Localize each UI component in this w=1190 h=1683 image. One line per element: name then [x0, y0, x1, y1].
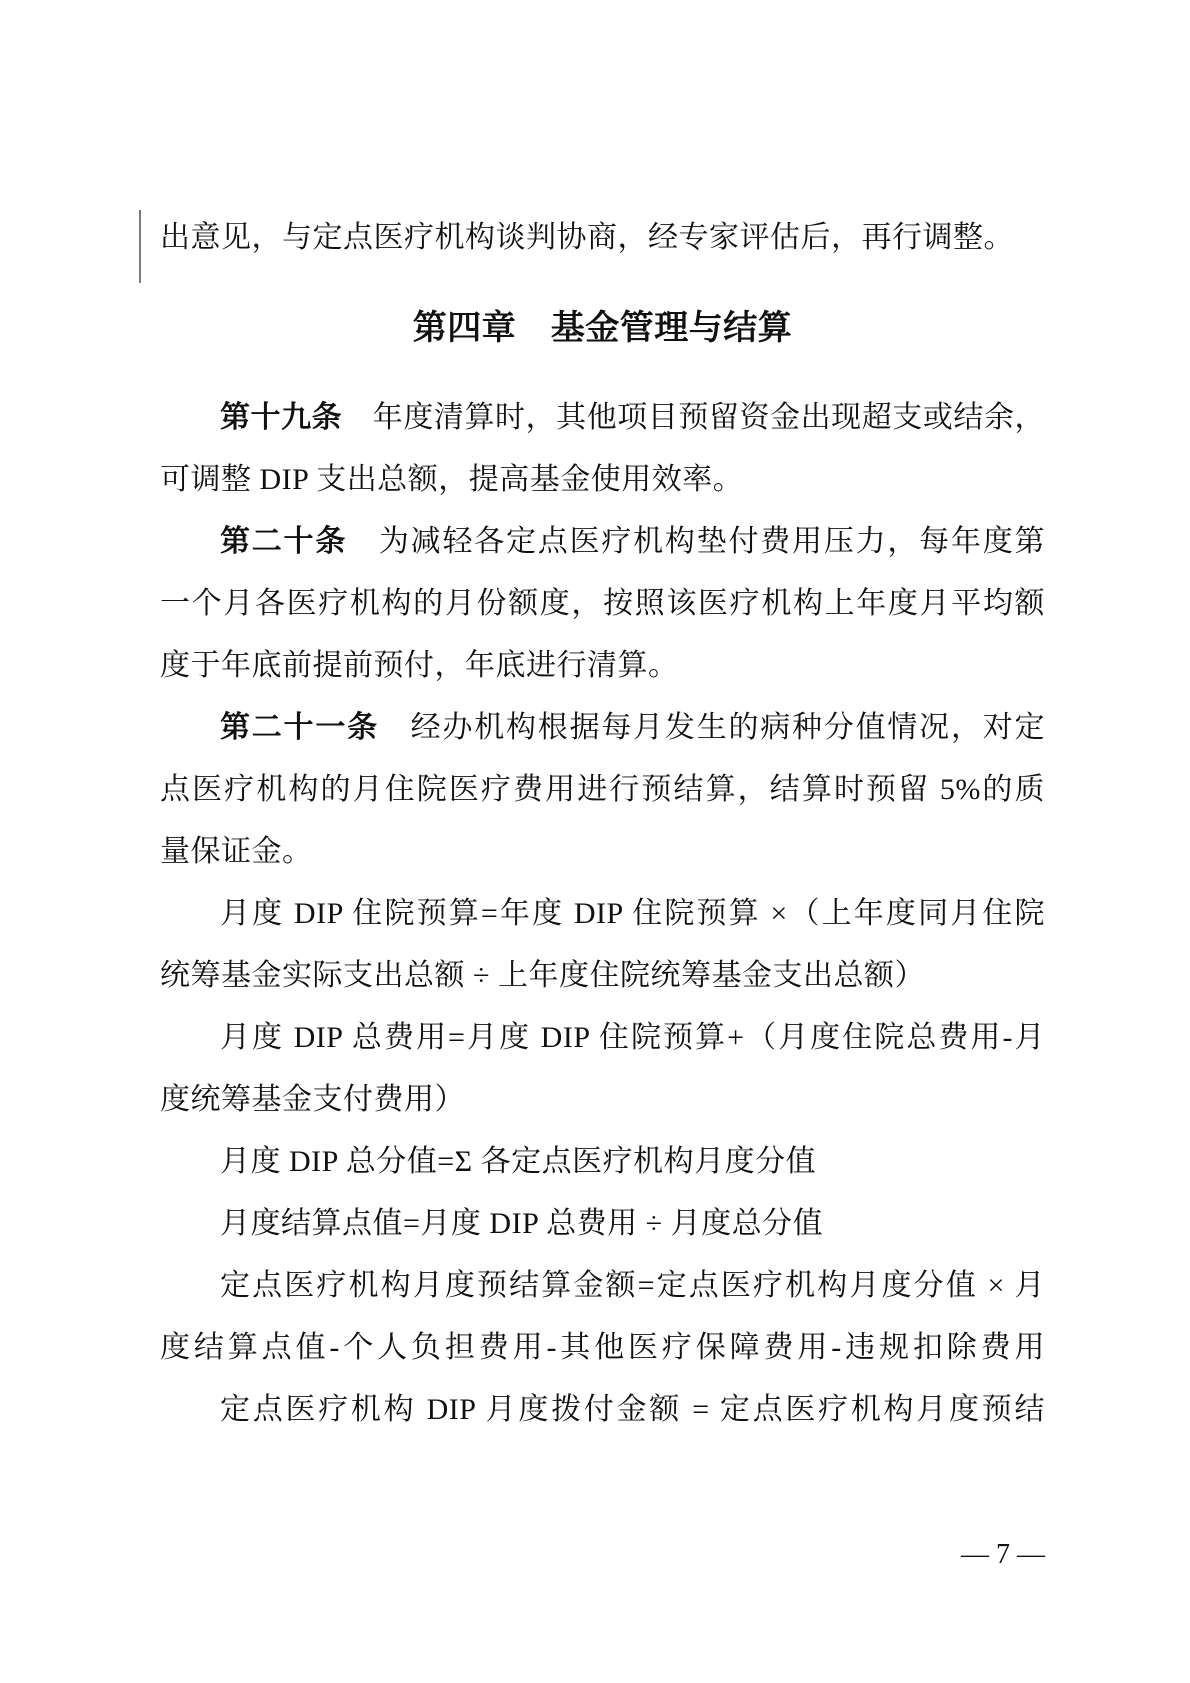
article-number: 第十九条	[220, 401, 342, 434]
article-number: 第二十一条	[220, 711, 379, 744]
text-line: 月度 DIP 总分值=Σ 各定点医疗机构月度分值	[160, 1131, 1045, 1193]
text-line: 出意见，与定点医疗机构谈判协商，经专家评估后，再行调整。	[160, 207, 1045, 269]
text-line: 定点医疗机构月度预结算金额=定点医疗机构月度分值 × 月	[160, 1255, 1045, 1317]
text-line: 第十九条 年度清算时，其他项目预留资金出现超支或结余，	[160, 387, 1045, 449]
text-line: 月度 DIP 住院预算=年度 DIP 住院预算 ×（上年度同月住院	[160, 883, 1045, 945]
text-line: 度统筹基金支付费用）	[160, 1069, 1045, 1131]
text-line: 度结算点值-个人负担费用-其他医疗保障费用-违规扣除费用	[160, 1317, 1045, 1379]
text-line: 点医疗机构的月住院医疗费用进行预结算，结算时预留 5%的质	[160, 759, 1045, 821]
article-number: 第二十条	[220, 525, 347, 558]
document-page: 出意见，与定点医疗机构谈判协商，经专家评估后，再行调整。第四章 基金管理与结算第…	[0, 0, 1190, 1683]
text-line: 可调整 DIP 支出总额，提高基金使用效率。	[160, 449, 1045, 511]
revision-bar	[139, 210, 141, 283]
text-line: 第二十一条 经办机构根据每月发生的病种分值情况，对定	[160, 697, 1045, 759]
text-line: 月度 DIP 总费用=月度 DIP 住院预算+（月度住院总费用-月	[160, 1007, 1045, 1069]
text-line: 度于年底前提前预付，年底进行清算。	[160, 635, 1045, 697]
page-number: — 7 —	[961, 1538, 1045, 1572]
text-line: 一个月各医疗机构的月份额度，按照该医疗机构上年度月平均额	[160, 573, 1045, 635]
text-line: 月度结算点值=月度 DIP 总费用 ÷ 月度总分值	[160, 1193, 1045, 1255]
text-line: 统筹基金实际支出总额 ÷ 上年度住院统筹基金支出总额）	[160, 945, 1045, 1007]
text-line: 第二十条 为减轻各定点医疗机构垫付费用压力，每年度第	[160, 511, 1045, 573]
chapter-heading: 第四章 基金管理与结算	[160, 297, 1045, 359]
document-body: 出意见，与定点医疗机构谈判协商，经专家评估后，再行调整。第四章 基金管理与结算第…	[160, 207, 1045, 1441]
text-line: 定点医疗机构 DIP 月度拨付金额 = 定点医疗机构月度预结	[160, 1379, 1045, 1441]
text-line: 量保证金。	[160, 821, 1045, 883]
